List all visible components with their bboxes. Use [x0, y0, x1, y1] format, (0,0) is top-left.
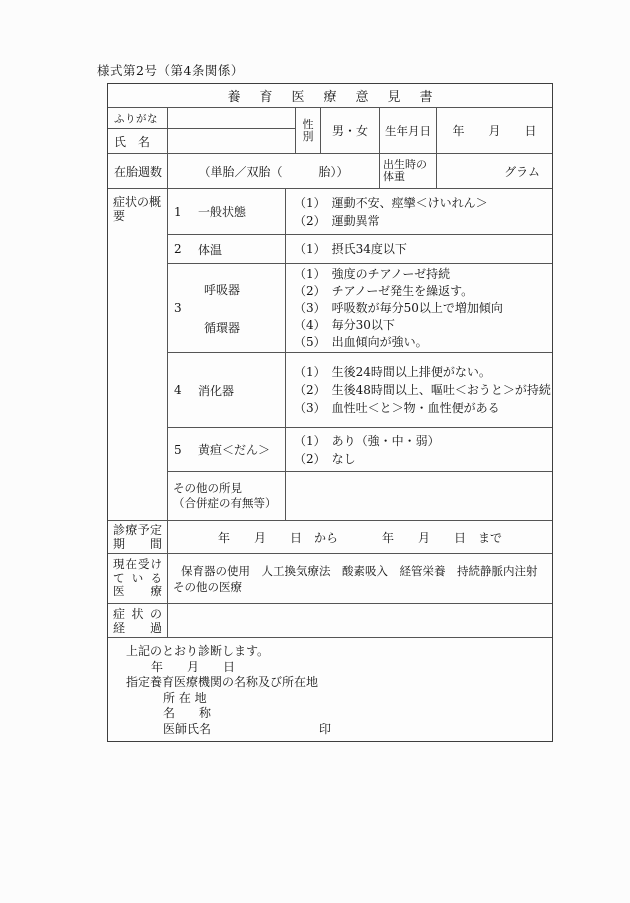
symptom-item: （1） 運動不安、痙攣＜けいれん＞ — [294, 194, 552, 212]
furigana-label: ふりがな — [108, 108, 168, 128]
form-title: 養育医療意見書 — [208, 86, 451, 105]
treatment-period-row: 診療予定 期 間 年 月 日 から 年 月 日 まで — [108, 521, 552, 554]
symptom-number: 5 — [174, 443, 198, 457]
seal-mark: 印 — [319, 722, 331, 738]
diagnosis-statement: 上記のとおり診断します。 — [108, 644, 552, 660]
name-block: ふりがな 氏 名 — [108, 108, 296, 153]
symptom-item: （1） あり（強・中・弱） — [294, 432, 552, 450]
care-line-2: その他の医療 — [168, 579, 552, 595]
care-line-1: 保育器の使用 人工換気療法 酸素吸入 経管栄養 持続静脈内注射 — [168, 563, 552, 579]
symptom-item: （1） 強度のチアノーゼ持続 — [294, 266, 552, 283]
symptom-name: 体温 — [198, 241, 222, 258]
gestation-label: 在胎週数 — [108, 154, 168, 188]
symptom-number: 1 — [174, 205, 198, 219]
current-care-row: 現在受け て い る 医 療 保育器の使用 人工換気療法 酸素吸入 経管栄養 持… — [108, 554, 552, 604]
institution-name-label: 名 称 — [108, 706, 552, 722]
symptom-number: 3 — [174, 301, 182, 315]
symptom-name: 黄疸＜だん＞ — [198, 441, 270, 458]
medical-opinion-form-table: 養育医療意見書 ふりがな 氏 名 性 別 男・女 生年月日 年 月 日 在胎週数 — [107, 83, 553, 742]
other-findings-label: その他の所見 （合併症の有無等） — [168, 472, 286, 520]
name-row: ふりがな 氏 名 性 別 男・女 生年月日 年 月 日 — [108, 108, 552, 154]
symptom-name: 消化器 — [198, 382, 234, 399]
symptom-item: （2） なし — [294, 450, 552, 468]
symptom-item: （1） 生後24時間以上排便がない。 — [294, 363, 552, 381]
symptom-name-circulatory: 循環器 — [204, 319, 285, 336]
symptom-item: （3） 呼吸数が毎分50以上で増加傾向 — [294, 300, 552, 317]
treatment-period-label: 診療予定 期 間 — [108, 521, 168, 553]
form-number-label: 様式第2号（第4条関係） — [97, 61, 244, 79]
period-to: 年 月 日 まで — [382, 529, 502, 546]
current-care-value: 保育器の使用 人工換気療法 酸素吸入 経管栄養 持続静脈内注射 その他の医療 — [168, 554, 552, 603]
symptom-row-respiratory-circulatory: 3 呼吸器 循環器 （1） 強度のチアノーゼ持続 （2） チアノーゼ発生を繰返す… — [168, 264, 552, 353]
gestation-row: 在胎週数 （単胎／双胎（ 胎）） 出生時の 体重 グラム — [108, 154, 552, 189]
symptom-row-general: 1 一般状態 （1） 運動不安、痙攣＜けいれん＞ （2） 運動異常 — [168, 189, 552, 235]
birth-weight-unit: グラム — [437, 154, 552, 188]
symptom-item: （2） チアノーゼ発生を繰返す。 — [294, 283, 552, 300]
sex-label: 性 別 — [296, 108, 321, 153]
current-care-label: 現在受け て い る 医 療 — [108, 554, 168, 603]
furigana-field — [168, 108, 295, 128]
symptom-name-respiratory: 呼吸器 — [204, 281, 285, 298]
birthdate-value: 年 月 日 — [437, 108, 552, 153]
symptom-item: （2） 生後48時間以上、嘔吐＜おうと＞が持続 — [294, 381, 552, 399]
period-from: 年 月 日 から — [218, 529, 338, 546]
name-label: 氏 名 — [108, 129, 168, 153]
institution-heading: 指定養育医療機関の名称及び所在地 — [108, 675, 552, 691]
doctor-name-line: 医師氏名 印 — [108, 722, 552, 738]
name-field — [168, 129, 295, 153]
symptom-row-jaundice: 5 黄疸＜だん＞ （1） あり（強・中・弱） （2） なし — [168, 428, 552, 472]
symptom-number: 4 — [174, 383, 198, 397]
form-title-row: 養育医療意見書 — [108, 84, 552, 108]
symptom-item: （5） 出血傾向が強い。 — [294, 334, 552, 351]
doctor-name-label: 医師氏名 — [163, 722, 211, 738]
symptom-item: （4） 毎分30以下 — [294, 317, 552, 334]
diagnosis-date: 年 月 日 — [108, 660, 552, 676]
treatment-period-value: 年 月 日 から 年 月 日 まで — [168, 521, 552, 553]
other-findings-field — [286, 472, 552, 520]
symptom-item: （3） 血性吐＜と＞物・血性便がある — [294, 399, 552, 417]
symptom-item: （2） 運動異常 — [294, 212, 552, 230]
symptom-course-field — [168, 604, 552, 637]
symptom-row-temperature: 2 体温 （1） 摂氏34度以下 — [168, 235, 552, 264]
symptom-course-label: 症 状 の 経 過 — [108, 604, 168, 637]
symptom-course-row: 症 状 の 経 過 — [108, 604, 552, 638]
diagnosis-footer: 上記のとおり診断します。 年 月 日 指定養育医療機関の名称及び所在地 所 在 … — [108, 638, 552, 741]
address-label: 所 在 地 — [108, 691, 552, 707]
sex-value: 男・女 — [321, 108, 380, 153]
symptoms-label: 症状の概 要 — [108, 189, 168, 520]
birth-weight-label: 出生時の 体重 — [380, 154, 437, 188]
gestation-value: （単胎／双胎（ 胎）） — [168, 154, 380, 188]
birthdate-label: 生年月日 — [380, 108, 437, 153]
symptom-row-digestive: 4 消化器 （1） 生後24時間以上排便がない。 （2） 生後48時間以上、嘔吐… — [168, 353, 552, 428]
document-page: 様式第2号（第4条関係） 養育医療意見書 ふりがな 氏 名 性 別 男・女 生年… — [0, 0, 630, 903]
symptom-item: （1） 摂氏34度以下 — [294, 240, 552, 258]
symptom-name: 一般状態 — [198, 203, 246, 220]
symptom-row-other-findings: その他の所見 （合併症の有無等） — [168, 472, 552, 520]
symptom-number: 2 — [174, 242, 198, 256]
symptoms-section: 症状の概 要 1 一般状態 （1） 運動不安、痙攣＜けいれん＞ （2） 運動異常… — [108, 189, 552, 521]
